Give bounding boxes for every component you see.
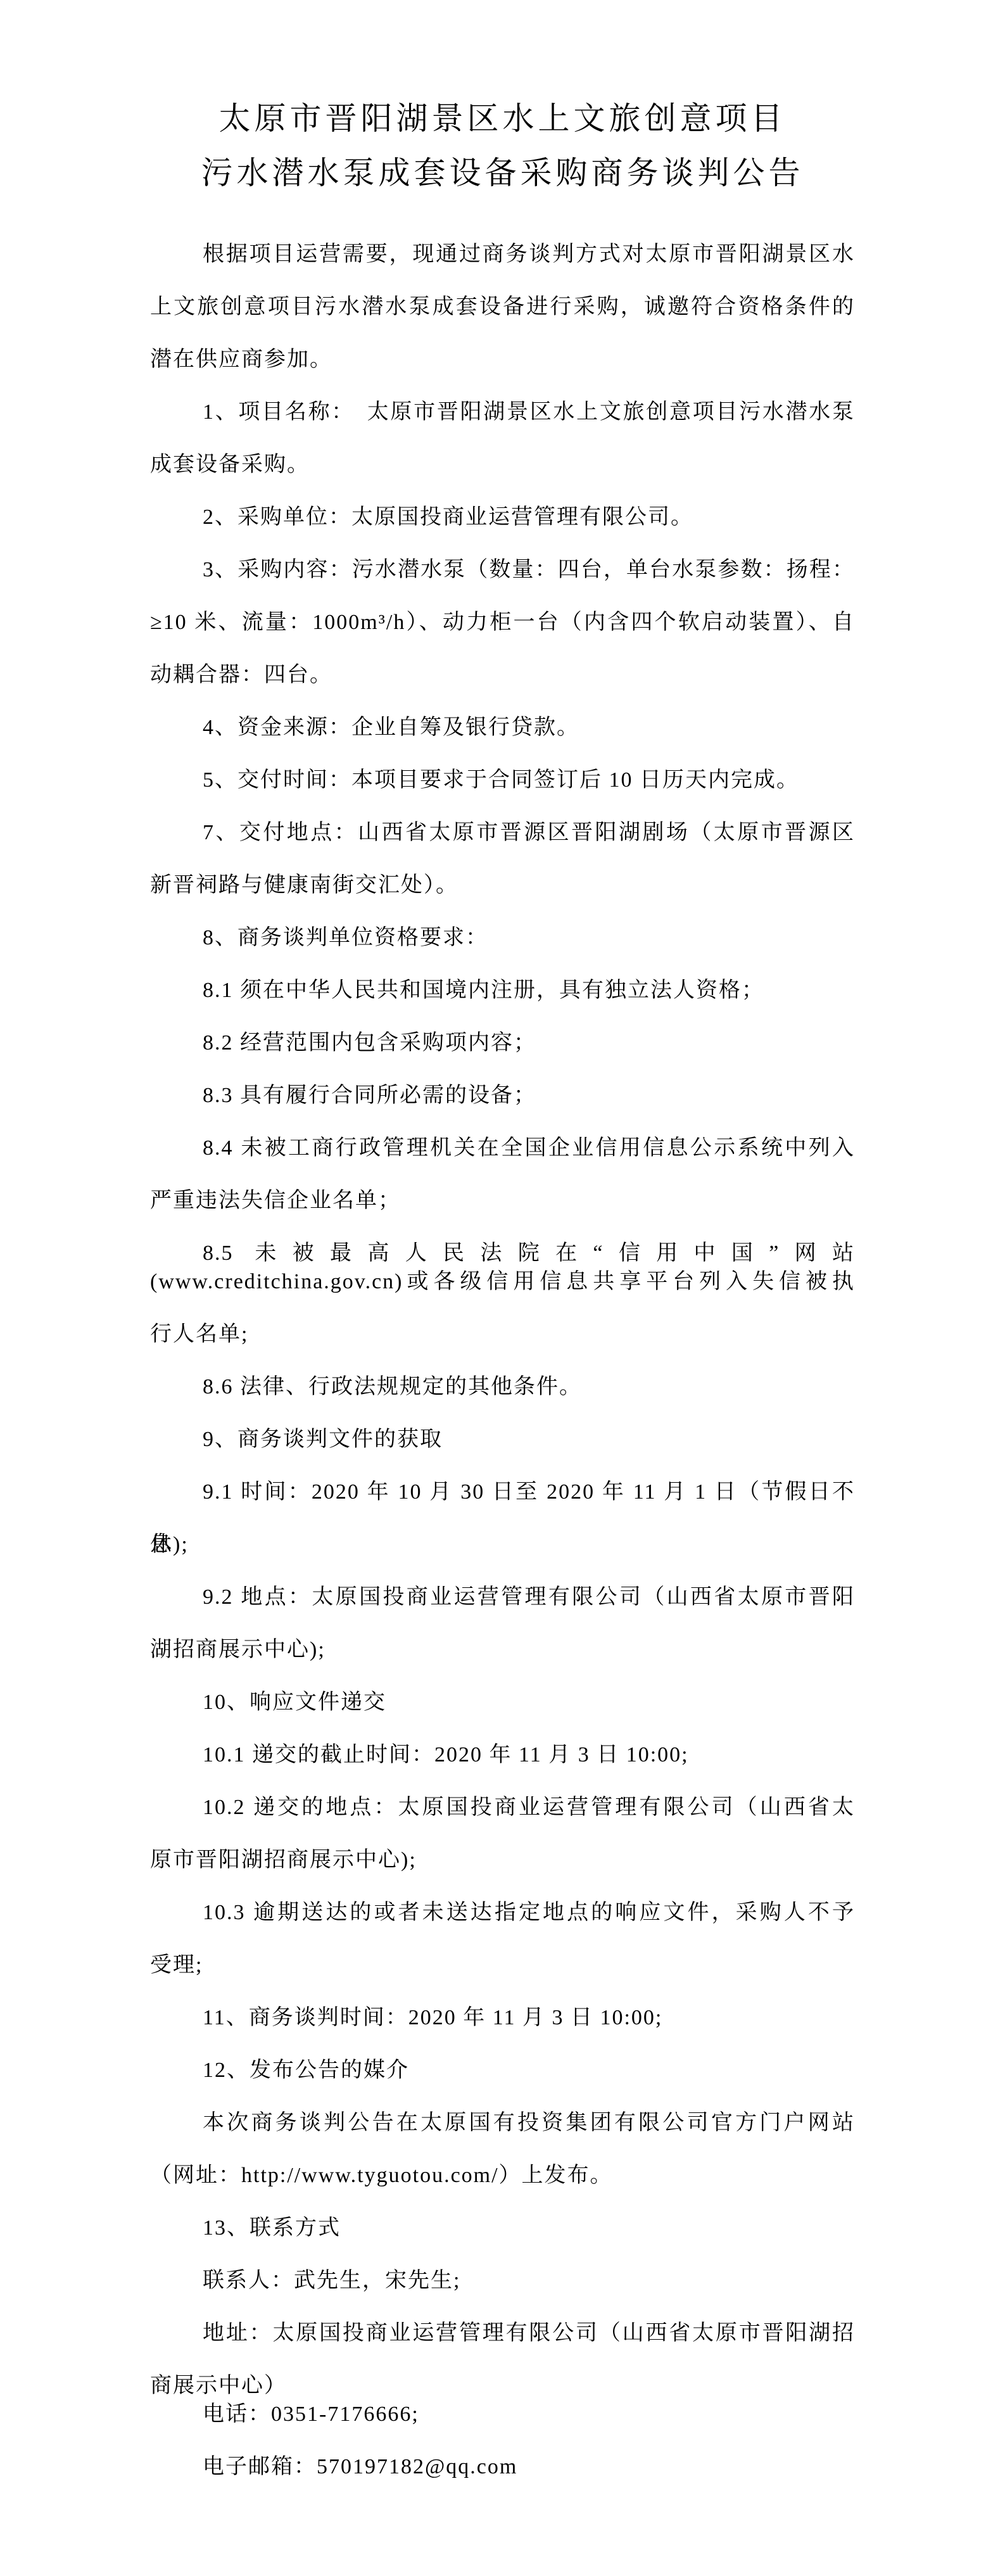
body-line: 11、商务谈判时间：2020 年 11 月 3 日 10:00; — [150, 1991, 855, 2044]
body-line: 10.3 逾期送达的或者未送达指定地点的响应文件，采购人不予 — [150, 1886, 855, 1939]
document-body: 根据项目运营需要，现通过商务谈判方式对太原市晋阳湖景区水上文旅创意项目污水潜水泵… — [150, 228, 855, 2493]
body-line: 地址：太原国投商业运营管理有限公司（山西省太原市晋阳湖招 — [150, 2307, 855, 2359]
body-line: 湖招商展示中心); — [150, 1623, 855, 1676]
body-line: 8.2 经营范围内包含采购项内容； — [150, 1017, 855, 1069]
body-line: 联系人：武先生，宋先生; — [150, 2254, 855, 2307]
body-line: 上文旅创意项目污水潜水泵成套设备进行采购，诚邀符合资格条件的 — [150, 281, 855, 333]
body-line: 息); — [150, 1518, 855, 1571]
body-line: 8.3 具有履行合同所必需的设备； — [150, 1069, 855, 1122]
body-line: 10.2 递交的地点：太原国投商业运营管理有限公司（山西省太 — [150, 1781, 855, 1834]
body-line: 8.4 未被工商行政管理机关在全国企业信用信息公示系统中列入 — [150, 1122, 855, 1174]
body-line: 根据项目运营需要，现通过商务谈判方式对太原市晋阳湖景区水 — [150, 228, 855, 281]
body-line: 电子邮箱：570197182@qq.com — [150, 2440, 855, 2493]
body-line: 本次商务谈判公告在太原国有投资集团有限公司官方门户网站 — [150, 2097, 855, 2149]
body-line: 9.1 时间：2020 年 10 月 30 日至 2020 年 11 月 1 日… — [150, 1466, 855, 1518]
body-line: 9、商务谈判文件的获取 — [150, 1413, 855, 1466]
document-page: 太原市晋阳湖景区水上文旅创意项目 污水潜水泵成套设备采购商务谈判公告 根据项目运… — [0, 0, 1005, 2576]
body-line: 成套设备采购。 — [150, 438, 855, 491]
body-line: 10、响应文件递交 — [150, 1676, 855, 1729]
body-line: 8.6 法律、行政法规规定的其他条件。 — [150, 1361, 855, 1413]
body-line: 受理; — [150, 1939, 855, 1991]
body-line: 5、交付时间：本项目要求于合同签订后 10 日历天内完成。 — [150, 754, 855, 806]
body-line: 动耦合器：四台。 — [150, 649, 855, 701]
body-line: 原市晋阳湖招商展示中心); — [150, 1834, 855, 1886]
body-line: 13、联系方式 — [150, 2202, 855, 2254]
body-line: (www.creditchina.gov.cn)或各级信用信息共享平台列入失信被… — [150, 1255, 855, 1308]
body-line: 10.1 递交的截止时间：2020 年 11 月 3 日 10:00; — [150, 1729, 855, 1781]
document-title-line-1: 太原市晋阳湖景区水上文旅创意项目 — [0, 91, 1005, 146]
body-line: 8、商务谈判单位资格要求： — [150, 911, 855, 964]
body-line: 3、采购内容：污水潜水泵（数量：四台，单台水泵参数：扬程： — [150, 543, 855, 596]
body-line: 8.1 须在中华人民共和国境内注册，具有独立法人资格； — [150, 964, 855, 1017]
body-line: 行人名单; — [150, 1308, 855, 1361]
body-line: 严重违法失信企业名单； — [150, 1174, 855, 1227]
body-line: （网址：http://www.tyguotou.com/）上发布。 — [150, 2149, 855, 2202]
body-line: 7、交付地点：山西省太原市晋源区晋阳湖剧场（太原市晋源区 — [150, 806, 855, 859]
body-line: 1、项目名称： 太原市晋阳湖景区水上文旅创意项目污水潜水泵 — [150, 386, 855, 438]
body-line: 潜在供应商参加。 — [150, 333, 855, 386]
body-line: 4、资金来源：企业自筹及银行贷款。 — [150, 701, 855, 754]
body-line: 新晋祠路与健康南街交汇处）。 — [150, 859, 855, 911]
body-line: 9.2 地点：太原国投商业运营管理有限公司（山西省太原市晋阳 — [150, 1571, 855, 1623]
body-line: 电话：0351-7176666; — [150, 2388, 855, 2440]
document-title: 太原市晋阳湖景区水上文旅创意项目 污水潜水泵成套设备采购商务谈判公告 — [0, 0, 1005, 200]
body-line: 2、采购单位：太原国投商业运营管理有限公司。 — [150, 491, 855, 543]
body-line: 12、发布公告的媒介 — [150, 2044, 855, 2097]
body-line: ≥10 米、流量：1000m³/h）、动力柜一台（内含四个软启动装置）、自 — [150, 596, 855, 649]
document-title-line-2: 污水潜水泵成套设备采购商务谈判公告 — [0, 146, 1005, 200]
